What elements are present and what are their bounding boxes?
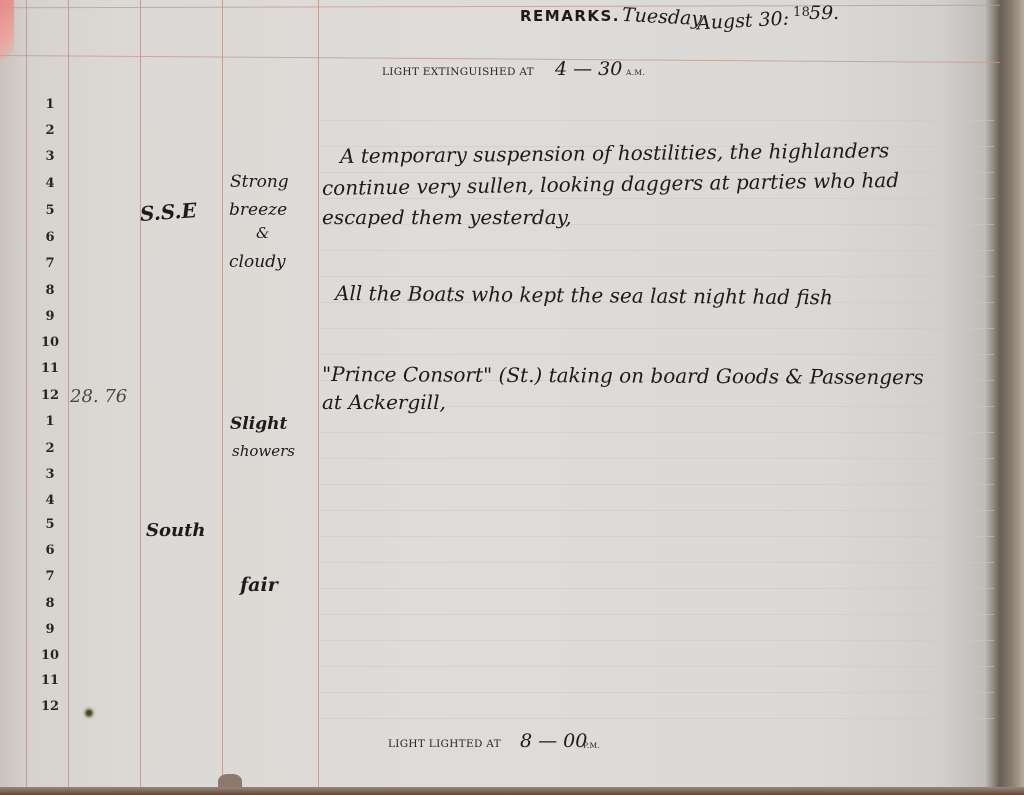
header-rule-top <box>0 5 1000 9</box>
weather-note: & <box>256 224 269 242</box>
light-lighted-suffix: P.M. <box>583 741 600 750</box>
light-extinguished-label: LIGHT EXTINGUISHED AT <box>382 66 534 78</box>
barometer-reading: 28. 76 <box>70 386 127 407</box>
ruled-line <box>320 640 994 641</box>
hour-label: 3 <box>36 149 64 164</box>
ruled-line <box>320 120 994 121</box>
hour-label: 2 <box>36 123 64 138</box>
wind-direction: S.S.E <box>139 198 197 226</box>
ruled-line <box>320 614 994 615</box>
hour-label: 10 <box>36 335 64 350</box>
wind-direction: South <box>146 520 206 541</box>
remark-line: "Prince Consort" (St.) taking on board G… <box>322 362 924 389</box>
hour-label: 9 <box>36 622 64 637</box>
weather-note: Slight <box>230 414 287 434</box>
hour-label: 11 <box>36 361 64 376</box>
light-lighted-label: LIGHT LIGHTED AT <box>388 738 501 750</box>
hour-label: 5 <box>36 203 64 218</box>
column-rule-weather <box>318 0 319 787</box>
entry-date: Augst 30: <box>696 8 789 35</box>
weather-note: breeze <box>229 200 287 220</box>
hour-label: 4 <box>36 493 64 508</box>
hour-label: 6 <box>36 230 64 245</box>
ruled-line <box>320 588 994 589</box>
ruled-line <box>320 510 994 511</box>
ruled-line <box>320 328 994 329</box>
ruled-line <box>320 354 994 355</box>
hour-label: 10 <box>36 648 64 663</box>
remark-line: All the Boats who kept the sea last nigh… <box>335 281 833 309</box>
column-rule-hours <box>68 0 69 787</box>
year-printed: 18 <box>793 5 810 20</box>
ruled-line <box>320 692 994 693</box>
weather-note: Strong <box>230 172 289 192</box>
ruled-line <box>320 432 994 433</box>
ruled-line <box>320 718 994 719</box>
remarks-heading: REMARKS. <box>520 7 620 25</box>
ruled-line <box>320 536 994 537</box>
hour-label: 3 <box>36 467 64 482</box>
ruled-line <box>320 276 994 277</box>
remark-line: escaped them yesterday, <box>322 205 572 229</box>
page-bottom-edge <box>0 787 1024 795</box>
ruled-line <box>320 250 994 251</box>
hour-label: 5 <box>36 517 64 532</box>
light-extinguished-suffix: A.M. <box>626 68 645 77</box>
ruled-line <box>320 562 994 563</box>
column-rule-wind <box>222 0 223 787</box>
hour-label: 12 <box>36 699 64 714</box>
hour-label: 1 <box>36 414 64 429</box>
ruled-line <box>320 458 994 459</box>
header-rule-bottom <box>0 55 1000 63</box>
hour-label: 9 <box>36 309 64 324</box>
hour-label: 11 <box>36 673 64 688</box>
remark-line: A temporary suspension of hostilities, t… <box>340 138 889 168</box>
weather-note: fair <box>240 574 278 596</box>
ink-spot <box>82 706 96 720</box>
light-extinguished-time: 4 — 30 <box>555 58 622 80</box>
entry-day: Tuesday <box>621 4 702 30</box>
column-rule-barometer <box>140 0 141 787</box>
logbook-page: REMARKS. Tuesday Augst 30: 18 59. LIGHT … <box>0 0 1024 795</box>
hour-label: 4 <box>36 176 64 191</box>
hour-label: 7 <box>36 569 64 584</box>
hour-label: 6 <box>36 543 64 558</box>
hour-label: 8 <box>36 596 64 611</box>
ruled-line <box>320 666 994 667</box>
hour-label: 1 <box>36 97 64 112</box>
weather-note: showers <box>232 442 295 460</box>
hour-label: 8 <box>36 283 64 298</box>
weather-note: cloudy <box>229 252 286 272</box>
light-lighted-time: 8 — 00 <box>520 730 587 752</box>
year-written: 59. <box>809 2 839 24</box>
remark-line: at Ackergill, <box>322 390 446 414</box>
hour-label: 2 <box>36 441 64 456</box>
ruled-line <box>320 484 994 485</box>
hour-label: 7 <box>36 256 64 271</box>
hour-label: 12 <box>36 388 64 403</box>
column-rule-margin <box>26 0 27 787</box>
